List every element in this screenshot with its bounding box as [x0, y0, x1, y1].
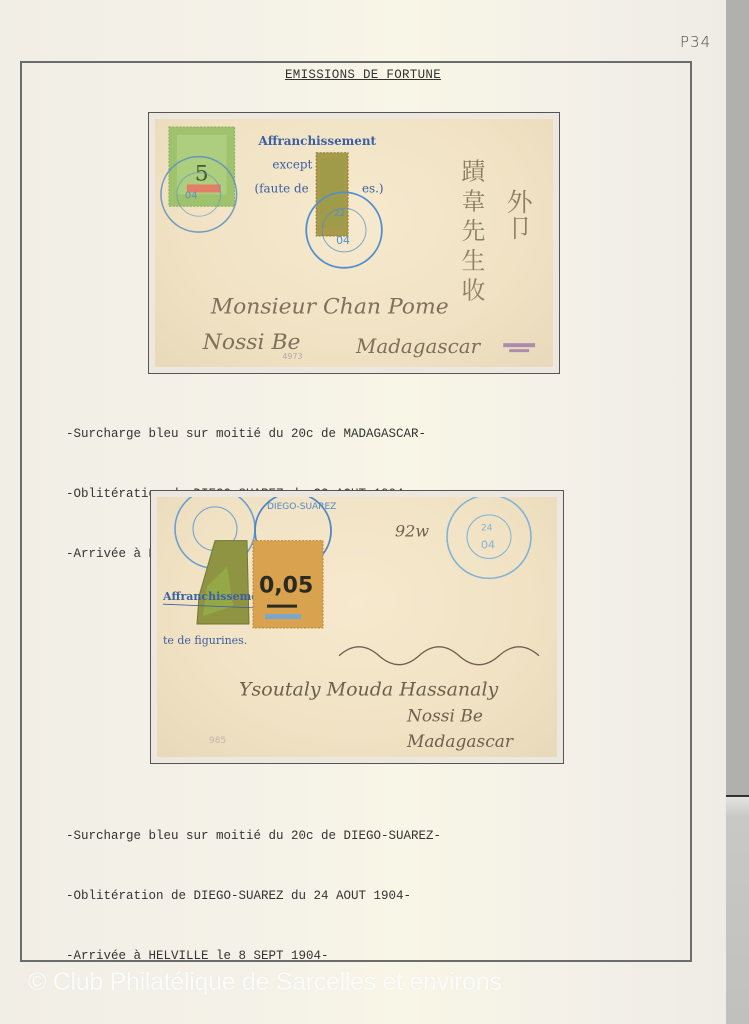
svg-text:Madagascar: Madagascar: [355, 335, 482, 358]
svg-text:24: 24: [481, 524, 493, 534]
svg-text:Nossi Be: Nossi Be: [406, 705, 483, 725]
page-title: EMISSIONS DE FORTUNE: [0, 68, 726, 82]
cover-2-envelope: Affranchissement te de figurines. DIEGO-…: [157, 497, 557, 757]
svg-text:外卩: 外卩: [502, 188, 532, 240]
svg-text:蹟韋先生收: 蹟韋先生收: [457, 159, 485, 308]
scanner-background: [726, 0, 749, 795]
svg-text:92w: 92w: [395, 522, 429, 541]
svg-text:Affranchissement: Affranchissement: [257, 134, 376, 148]
caption-line: -Surcharge bleu sur moitié du 20c de MAD…: [66, 424, 426, 444]
svg-text:04: 04: [185, 190, 198, 201]
svg-text:Madagascar: Madagascar: [406, 731, 514, 751]
caption-line: -Surcharge bleu sur moitié du 20c de DIE…: [66, 826, 441, 846]
svg-text:0,05: 0,05: [259, 573, 313, 598]
svg-text:DIEGO-SUAREZ: DIEGO-SUAREZ: [267, 502, 336, 512]
svg-text:4973: 4973: [282, 352, 302, 361]
page-number: P34: [680, 33, 711, 51]
caption-line: -Oblitération de DIEGO-SUAREZ du 24 AOUT…: [66, 886, 441, 906]
cover-1: 5 04 Affranchissement except (faute de e…: [148, 112, 560, 374]
svg-text:985: 985: [209, 736, 226, 746]
svg-text:22: 22: [334, 209, 345, 219]
svg-text:(faute de: (faute de: [255, 181, 309, 195]
svg-text:te de figurines.: te de figurines.: [163, 634, 247, 647]
caption-line: -Arrivée à HELVILLE le 8 SEPT 1904-: [66, 946, 441, 966]
svg-text:except: except: [272, 158, 312, 172]
svg-text:es.): es.): [362, 181, 384, 195]
svg-text:04: 04: [481, 539, 495, 552]
scanner-background-lower: [726, 797, 749, 1024]
copyright-watermark: © Club Philatélique de Sarcelles et envi…: [28, 968, 502, 997]
svg-text:04: 04: [336, 234, 350, 247]
cover-1-envelope: 5 04 Affranchissement except (faute de e…: [155, 119, 553, 367]
cover-2-caption: -Surcharge bleu sur moitié du 20c de DIE…: [66, 786, 441, 986]
svg-text:Monsieur Chan Pome: Monsieur Chan Pome: [210, 294, 449, 319]
svg-text:Ysoutaly Mouda Hassanaly: Ysoutaly Mouda Hassanaly: [239, 679, 499, 701]
cover-2: Affranchissement te de figurines. DIEGO-…: [150, 490, 564, 764]
